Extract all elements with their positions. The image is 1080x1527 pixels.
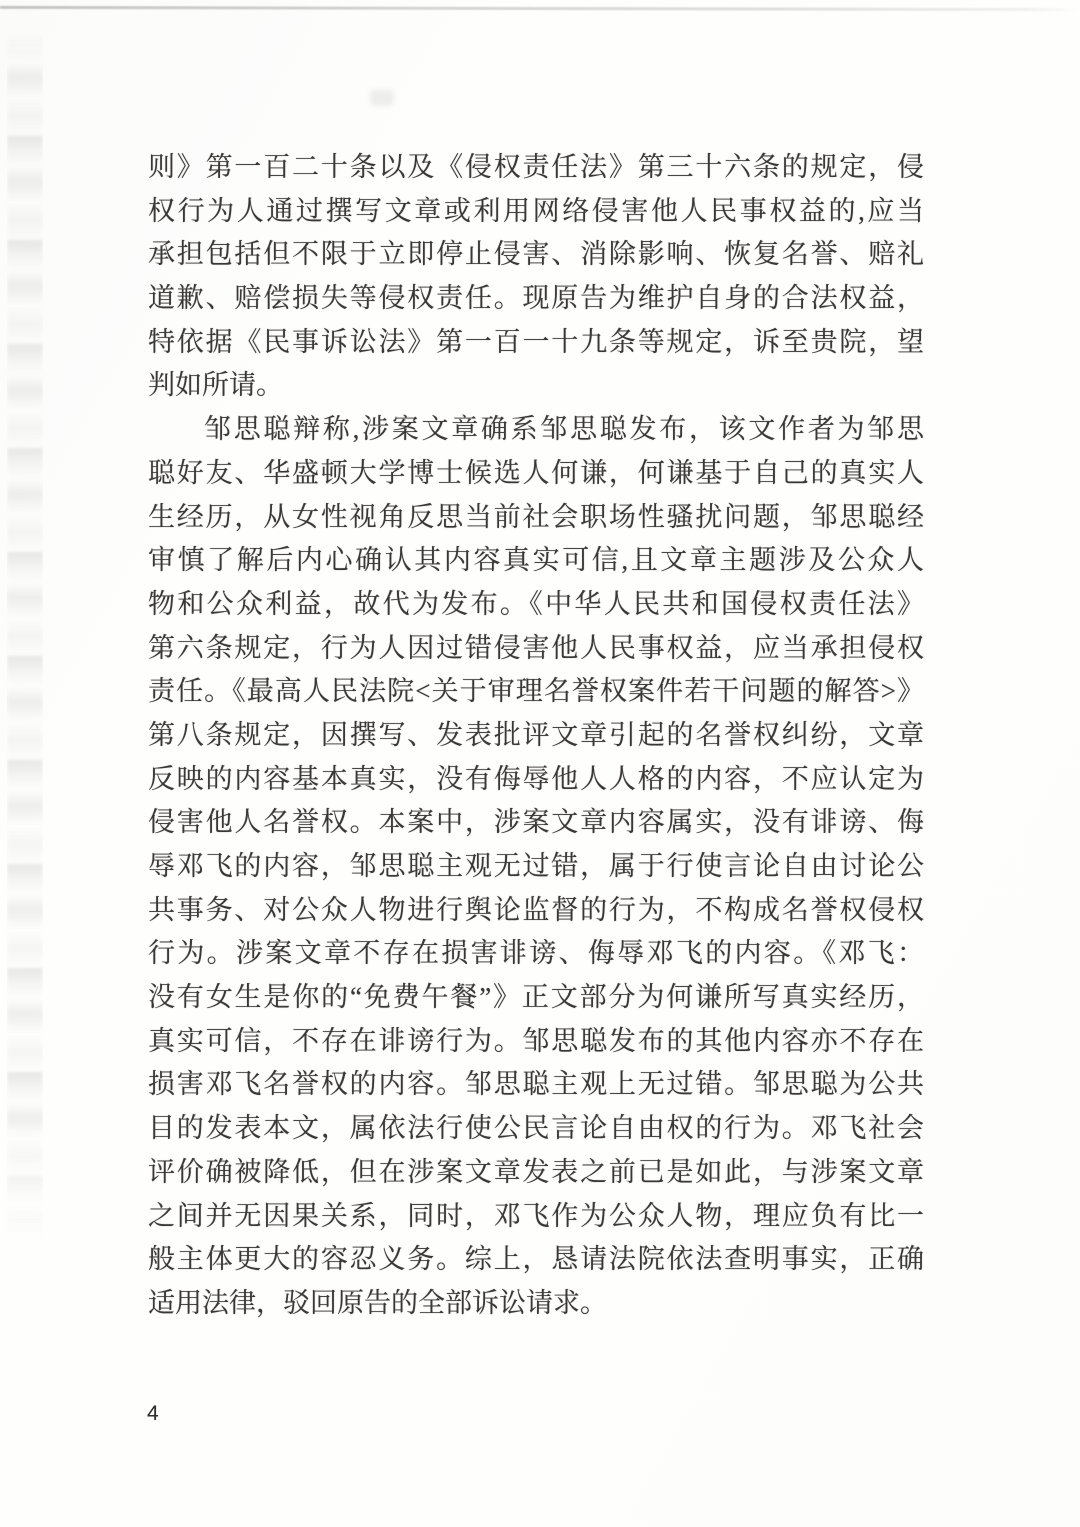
- text-line: 没有女生是你的“免费午餐”》正文部分为何谦所写真实经历，: [148, 976, 924, 1020]
- text-line: 行为。涉案文章不存在损害诽谤、侮辱邓飞的内容。《邓飞：: [148, 932, 924, 976]
- text-line: 责任。《最高人民法院<关于审理名誉权案件若干问题的解答>》: [148, 670, 924, 714]
- text-line: 聪好友、华盛顿大学博士候选人何谦，何谦基于自己的真实人: [148, 452, 924, 496]
- text-line: 评价确被降低，但在涉案文章发表之前已是如此，与涉案文章: [148, 1151, 924, 1195]
- document-text: 则》第一百二十条以及《侵权责任法》第三十六条的规定，侵权行为人通过撰写文章或利用…: [148, 146, 924, 1326]
- text-line: 辱邓飞的内容，邹思聪主观无过错，属于行使言论自由讨论公: [148, 845, 924, 889]
- text-line: 邹思聪辩称,涉案文章确系邹思聪发布，该文作者为邹思: [148, 408, 924, 452]
- text-line: 特依据《民事诉讼法》第一百一十九条等规定，诉至贵院，望: [148, 321, 924, 365]
- text-line: 第八条规定，因撰写、发表批评文章引起的名誉权纠纷，文章: [148, 714, 924, 758]
- text-line: 道歉、赔偿损失等侵权责任。现原告为维护自身的合法权益，: [148, 277, 924, 321]
- text-line: 反映的内容基本真实，没有侮辱他人人格的内容，不应认定为: [148, 758, 924, 802]
- scan-artifact-top-line: [0, 6, 1080, 11]
- scan-artifact-left-ghost-strip: [7, 32, 43, 1247]
- text-line: 生经历，从女性视角反思当前社会职场性骚扰问题，邹思聪经: [148, 496, 924, 540]
- scan-artifact-smudge: [370, 90, 394, 106]
- text-line: 共事务、对公众人物进行舆论监督的行为，不构成名誉权侵权: [148, 889, 924, 933]
- text-line: 审慎了解后内心确认其内容真实可信,且文章主题涉及公众人: [148, 539, 924, 583]
- page-number: 4: [147, 1402, 159, 1426]
- text-line: 物和公众利益，故代为发布。《中华人民共和国侵权责任法》: [148, 583, 924, 627]
- text-line: 真实可信，不存在诽谤行为。邹思聪发布的其他内容亦不存在: [148, 1020, 924, 1064]
- text-line: 之间并无因果关系，同时，邓飞作为公众人物，理应负有比一: [148, 1195, 924, 1239]
- text-line: 般主体更大的容忍义务。综上，恳请法院依法查明事实，正确: [148, 1238, 924, 1282]
- text-line: 权行为人通过撰写文章或利用网络侵害他人民事权益的,应当: [148, 190, 924, 234]
- text-line: 第六条规定，行为人因过错侵害他人民事权益，应当承担侵权: [148, 627, 924, 671]
- scanned-document-page: 则》第一百二十条以及《侵权责任法》第三十六条的规定，侵权行为人通过撰写文章或利用…: [0, 0, 1080, 1527]
- paragraph: 则》第一百二十条以及《侵权责任法》第三十六条的规定，侵权行为人通过撰写文章或利用…: [148, 146, 924, 408]
- text-line: 目的发表本文，属依法行使公民言论自由权的行为。邓飞社会: [148, 1107, 924, 1151]
- text-line: 承担包括但不限于立即停止侵害、消除影响、恢复名誉、赔礼: [148, 233, 924, 277]
- text-line: 损害邓飞名誉权的内容。邹思聪主观上无过错。邹思聪为公共: [148, 1063, 924, 1107]
- text-line: 则》第一百二十条以及《侵权责任法》第三十六条的规定，侵: [148, 146, 924, 190]
- paragraph: 邹思聪辩称,涉案文章确系邹思聪发布，该文作者为邹思聪好友、华盛顿大学博士候选人何…: [148, 408, 924, 1325]
- text-line: 侵害他人名誉权。本案中，涉案文章内容属实，没有诽谤、侮: [148, 801, 924, 845]
- text-line: 判如所请。: [148, 364, 924, 408]
- text-line: 适用法律，驳回原告的全部诉讼请求。: [148, 1282, 924, 1326]
